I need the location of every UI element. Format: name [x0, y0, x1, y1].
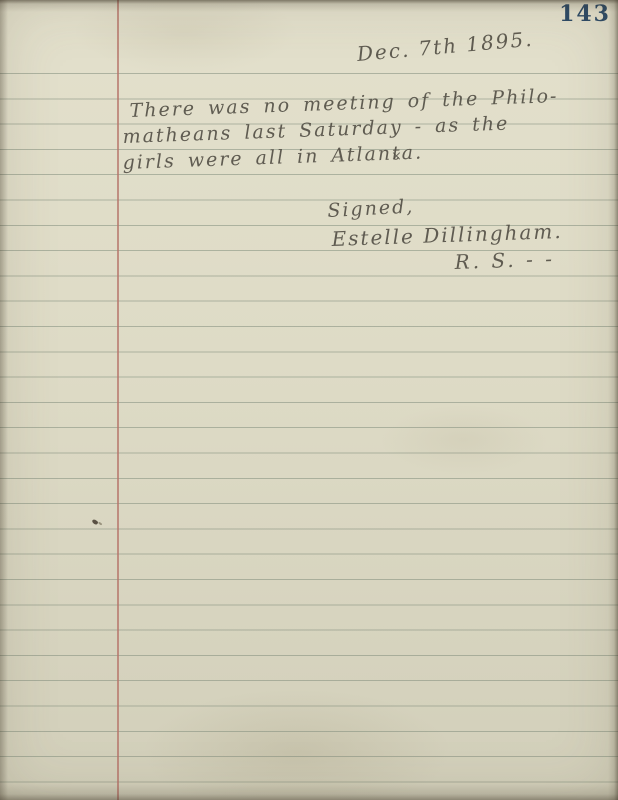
insertion-mark: × [391, 149, 402, 164]
signature-name: Estelle Dillingham. [331, 219, 563, 251]
entry-date: Dec. 7th 1895. [356, 27, 534, 66]
signature-initials: R. S. - - [454, 247, 555, 274]
margin-rule-line [117, 0, 119, 800]
ruled-lines [0, 73, 618, 800]
ink-speck [91, 519, 98, 526]
ledger-page-scan: 143 Dec. 7th 1895. There was no meeting … [0, 0, 618, 800]
page-number: 143 [559, 1, 611, 27]
signed-label: Signed, [327, 195, 415, 222]
